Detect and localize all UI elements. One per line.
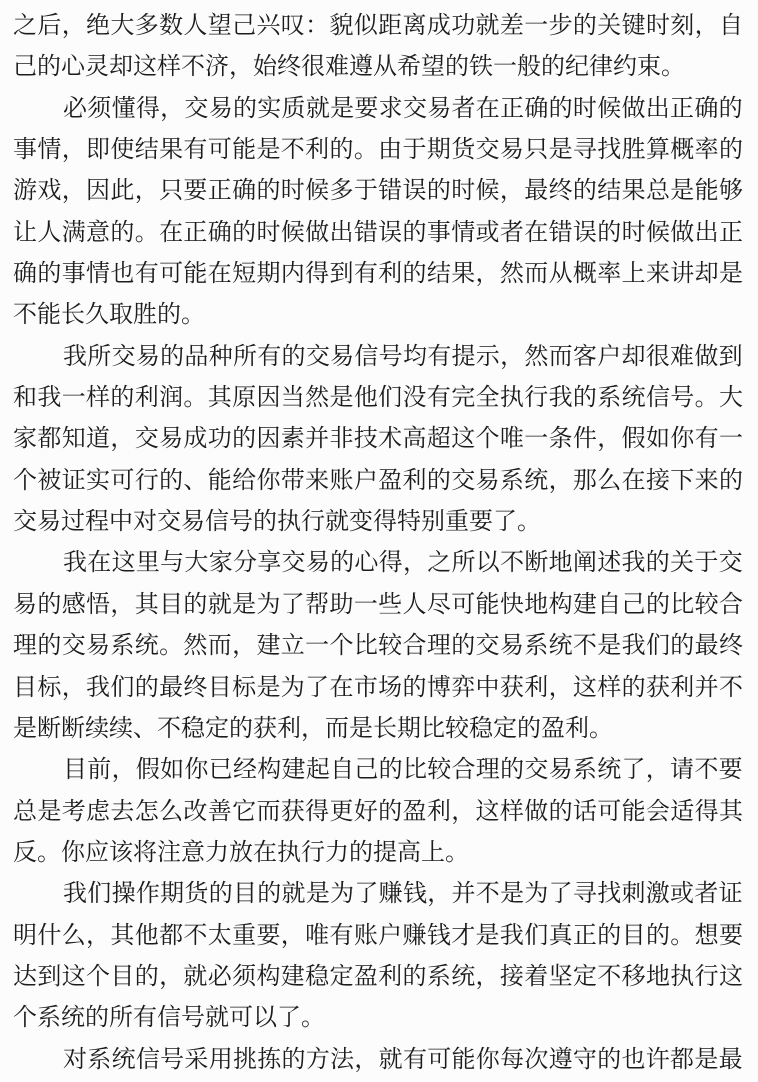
text-line: 让人满意的。在正确的时候做出错误的事情或者在错误的时候做出正 [13,213,743,254]
text-line: 我所交易的品种所有的交易信号均有提示，然而客户却很难做到 [13,337,743,378]
text-line: 总是考虑去怎么改善它而获得更好的盈利，这样做的话可能会适得其 [13,792,743,833]
paragraph-1: 之后，绝大多数人望己兴叹：貌似距离成功就差一步的关键时刻，自 己的心灵却这样不济… [13,6,743,89]
text-line: 个系统的所有信号就可以了。 [13,998,743,1039]
book-page: 之后，绝大多数人望己兴叹：貌似距离成功就差一步的关键时刻，自 己的心灵却这样不济… [0,0,758,1082]
text-line: 我们操作期货的目的就是为了赚钱，并不是为了寻找刺激或者证 [13,874,743,915]
text-line: 和我一样的利润。其原因当然是他们没有完全执行我的系统信号。大 [13,378,743,419]
text-line: 达到这个目的，就必须构建稳定盈利的系统，接着坚定不移地执行这 [13,957,743,998]
text-line: 易的感悟，其目的就是为了帮助一些人尽可能快地构建自己的比较合 [13,585,743,626]
paragraph-3: 我所交易的品种所有的交易信号均有提示，然而客户却很难做到 和我一样的利润。其原因… [13,337,743,544]
text-line: 交易过程中对交易信号的执行就变得特别重要了。 [13,502,743,543]
paragraph-2: 必须懂得，交易的实质就是要求交易者在正确的时候做出正确的 事情，即使结果有可能是… [13,89,743,337]
paragraph-7: 对系统信号采用挑拣的方法，就有可能你每次遵守的也许都是最 [13,1040,743,1081]
text-line: 游戏，因此，只要正确的时候多于错误的时候，最终的结果总是能够 [13,171,743,212]
text-line: 必须懂得，交易的实质就是要求交易者在正确的时候做出正确的 [13,89,743,130]
text-line: 己的心灵却这样不济，始终很难遵从希望的铁一般的纪律约束。 [13,47,743,88]
text-line: 理的交易系统。然而，建立一个比较合理的交易系统不是我们的最终 [13,626,743,667]
text-line: 之后，绝大多数人望己兴叹：貌似距离成功就差一步的关键时刻，自 [13,6,743,47]
text-line: 不能长久取胜的。 [13,295,743,336]
text-line: 事情，即使结果有可能是不利的。由于期货交易只是寻找胜算概率的 [13,130,743,171]
text-line: 反。你应该将注意力放在执行力的提高上。 [13,833,743,874]
text-line: 目标，我们的最终目标是为了在市场的博弈中获利，这样的获利并不 [13,668,743,709]
text-line: 个被证实可行的、能给你带来账户盈利的交易系统，那么在接下来的 [13,461,743,502]
paragraph-4: 我在这里与大家分享交易的心得，之所以不断地阐述我的关于交 易的感悟，其目的就是为… [13,543,743,750]
paragraph-6: 我们操作期货的目的就是为了赚钱，并不是为了寻找刺激或者证 明什么，其他都不太重要… [13,874,743,1039]
text-line: 确的事情也有可能在短期内得到有利的结果，然而从概率上来讲却是 [13,254,743,295]
text-line: 是断断续续、不稳定的获利，而是长期比较稳定的盈利。 [13,709,743,750]
text-line: 家都知道，交易成功的因素并非技术高超这个唯一条件，假如你有一 [13,419,743,460]
text-line: 对系统信号采用挑拣的方法，就有可能你每次遵守的也许都是最 [13,1040,743,1081]
paragraph-5: 目前，假如你已经构建起自己的比较合理的交易系统了，请不要 总是考虑去怎么改善它而… [13,750,743,874]
text-line: 明什么，其他都不太重要，唯有账户赚钱才是我们真正的目的。想要 [13,916,743,957]
text-line: 目前，假如你已经构建起自己的比较合理的交易系统了，请不要 [13,750,743,791]
text-line: 我在这里与大家分享交易的心得，之所以不断地阐述我的关于交 [13,543,743,584]
